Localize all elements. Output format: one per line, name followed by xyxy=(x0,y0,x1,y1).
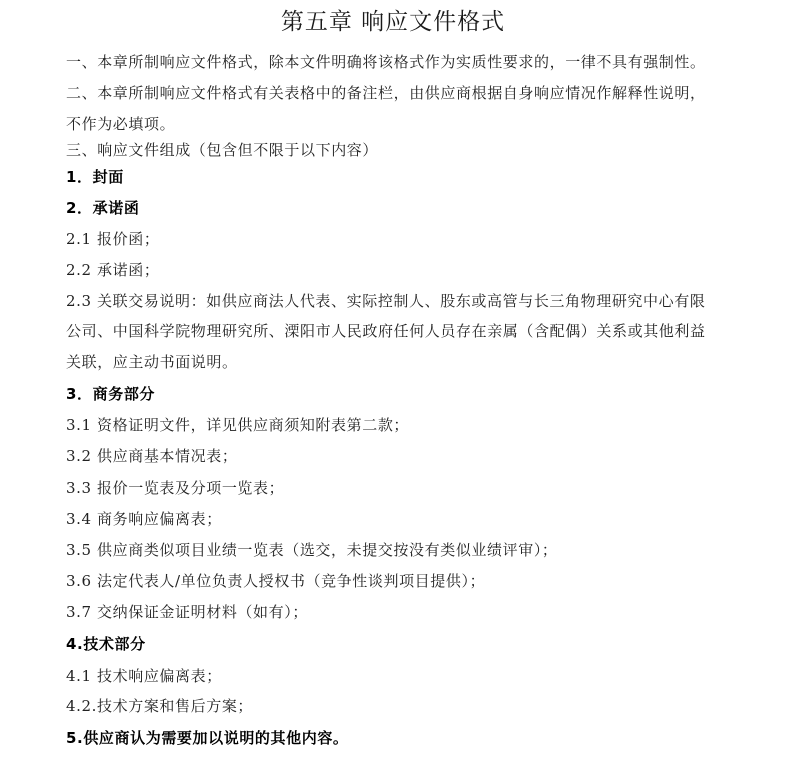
list-item-2-1: 2.1 报价函； xyxy=(66,228,726,250)
list-item-2-2: 2.2 承诺函； xyxy=(66,259,726,281)
section-heading-commitment: 2．承诺函 xyxy=(66,197,726,219)
paragraph-intro-3: 三、响应文件组成（包含但不限于以下内容） xyxy=(66,139,726,161)
paragraph-intro-2: 二、本章所制响应文件格式有关表格中的备注栏，由供应商根据自身响应情况作解释性说明… xyxy=(66,82,726,104)
section-heading-technical: 4.技术部分 xyxy=(66,633,726,655)
paragraph-intro-1: 一、本章所制响应文件格式，除本文件明确将该格式作为实质性要求的，一律不具有强制性… xyxy=(66,51,726,73)
list-item-2-3: 2.3 关联交易说明：如供应商法人代表、实际控制人、股东或高管与长三角物理研究中… xyxy=(66,290,726,312)
list-item-2-3-cont-2: 关联，应主动书面说明。 xyxy=(66,351,726,373)
list-item-2-3-cont-1: 公司、中国科学院物理研究所、溧阳市人民政府任何人员存在亲属（含配偶）关系或其他利… xyxy=(66,320,726,342)
list-item-3-6: 3.6 法定代表人/单位负责人授权书（竞争性谈判项目提供）； xyxy=(66,570,726,592)
section-heading-cover: 1．封面 xyxy=(66,166,726,188)
document-page: 第五章 响应文件格式 一、本章所制响应文件格式，除本文件明确将该格式作为实质性要… xyxy=(0,0,786,760)
list-item-3-1: 3.1 资格证明文件，详见供应商须知附表第二款； xyxy=(66,414,726,436)
list-item-4-2: 4.2.技术方案和售后方案； xyxy=(66,695,726,717)
list-item-4-1: 4.1 技术响应偏离表； xyxy=(66,665,726,687)
list-item-3-5: 3.5 供应商类似项目业绩一览表（选交，未提交按没有类似业绩评审）； xyxy=(66,539,726,561)
section-heading-other: 5.供应商认为需要加以说明的其他内容。 xyxy=(66,727,726,749)
list-item-3-3: 3.3 报价一览表及分项一览表； xyxy=(66,477,726,499)
list-item-3-4: 3.4 商务响应偏离表； xyxy=(66,508,726,530)
section-heading-business: 3．商务部分 xyxy=(66,383,726,405)
chapter-title: 第五章 响应文件格式 xyxy=(0,6,786,38)
list-item-3-7: 3.7 交纳保证金证明材料（如有）； xyxy=(66,601,726,623)
paragraph-intro-2-cont: 不作为必填项。 xyxy=(66,113,726,135)
list-item-3-2: 3.2 供应商基本情况表； xyxy=(66,445,726,467)
